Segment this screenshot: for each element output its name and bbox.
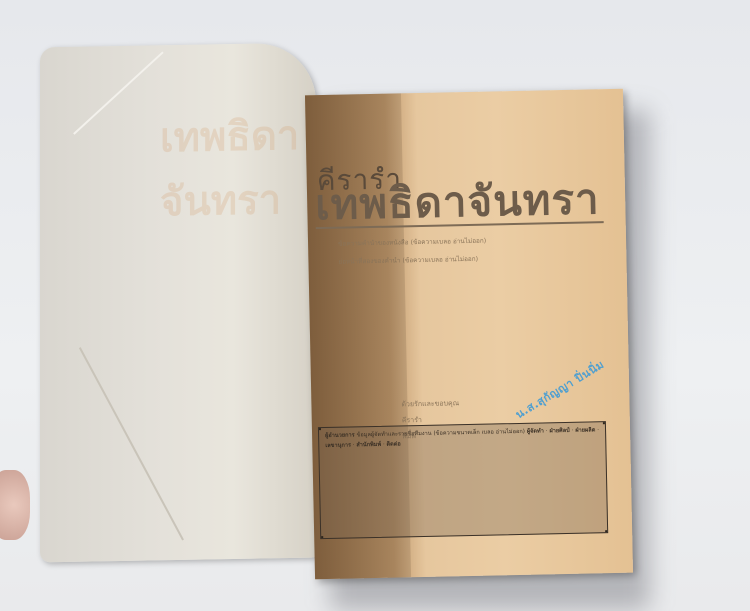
credit-highlight: เลขานุการ [325,442,351,449]
page-crease [79,347,184,540]
credit-highlight: ฝ่ายผลิต [575,427,595,433]
signoff-line: ด้วยรักและขอบคุณ [401,398,459,410]
box-corner [605,530,608,534]
credits-box: ผู้อำนวยการ ข้อมูลผู้จัดทำและรายชื่อทีมง… [318,421,608,539]
page-crease [73,51,164,134]
preface-paragraph: ย่อหน้าที่สองของคำนำ (ข้อความเบลอ อ่านไม… [318,250,614,268]
credit-highlight: สำนักพิมพ์ [356,441,381,448]
owner-stamp: น.ส.สุกัญญา ปิ่นนิ่ม [512,355,608,423]
credit-highlight: ผู้อำนวยการ [325,432,355,439]
preface-text: ข้อความคำนำของหนังสือ (ข้อความเบลอ อ่านไ… [318,232,615,274]
credit-highlight: ฝ่ายศิลป์ [549,428,569,434]
book-title: เทพธิดาจันทรา [315,177,604,229]
box-corner [603,421,607,424]
credits-body: ข้อมูลผู้จัดทำและรายชื่อทีมงาน (ข้อความข… [357,429,525,439]
show-through-title: เทพธิดาจันทรา [160,103,316,234]
credit-highlight: ผู้จัดทำ [527,428,544,434]
box-corner [318,426,321,430]
finger [0,470,30,540]
credit-highlight: ติดต่อ [386,441,400,447]
photo-scene: เทพธิดาจันทรา คีรารํา เทพธิดาจันทรา ข้อค… [0,0,750,611]
right-page: คีรารํา เทพธิดาจันทรา ข้อความคำนำของหนัง… [305,89,633,580]
box-corner [319,536,323,539]
left-page-curled: เทพธิดาจันทรา [40,43,316,563]
